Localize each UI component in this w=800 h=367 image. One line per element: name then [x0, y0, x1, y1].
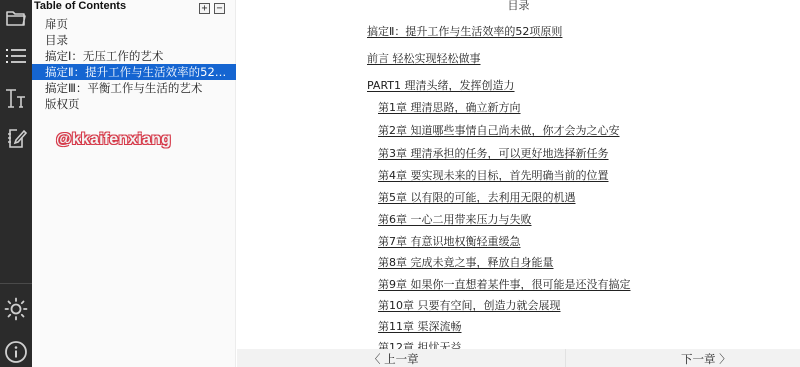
toc-link[interactable]: 第10章 只要有空间，创造力就会展现: [378, 297, 561, 313]
chapter-nav: 〈 上一章 下一章 〉: [237, 349, 800, 367]
nav-divider: [565, 349, 566, 367]
collapse-all-button[interactable]: −: [214, 3, 225, 14]
toc-item-book-3[interactable]: 搞定Ⅲ：平衡工作与生活的艺术: [32, 80, 236, 96]
reading-area: 目录 搞定Ⅱ：提升工作与生活效率的52项原则 前言 轻松实现轻松做事 PART1…: [237, 0, 800, 349]
notes-icon[interactable]: [0, 124, 32, 152]
toc-link[interactable]: 第9章 如果你一直想着某件事，很可能是还没有搞定: [378, 276, 631, 292]
info-icon[interactable]: [0, 338, 32, 366]
toc-link[interactable]: 第4章 要实现未来的目标，首先明确当前的位置: [378, 167, 609, 183]
toc-item-book-2[interactable]: 搞定Ⅱ：提升工作与生活效率的52项原则: [32, 64, 236, 80]
toc-link[interactable]: PART1 理清头绪，发挥创造力: [367, 77, 515, 93]
toc-link[interactable]: 第11章 渠深流畅: [378, 318, 462, 334]
toc-link[interactable]: 第5章 以有限的可能，去利用无限的机遇: [378, 189, 576, 205]
toc-panel: Table of Contents + − 扉页 目录 搞定Ⅰ：无压工作的艺术 …: [32, 0, 236, 367]
toc-header: Table of Contents: [34, 0, 126, 12]
toc-link[interactable]: 第1章 理清思路，确立新方向: [378, 99, 521, 115]
toc-item-contents[interactable]: 目录: [32, 32, 236, 48]
list-icon[interactable]: [0, 42, 32, 70]
toc-link[interactable]: 第8章 完成未竟之事，释放自身能量: [378, 254, 554, 270]
toc-item-book-1[interactable]: 搞定Ⅰ：无压工作的艺术: [32, 48, 236, 64]
toc-link[interactable]: 第7章 有意识地权衡轻重缓急: [378, 233, 521, 249]
toc-link[interactable]: 第2章 知道哪些事情自己尚未做，你才会为之心安: [378, 122, 620, 138]
folder-icon[interactable]: [0, 4, 32, 32]
next-chapter-button[interactable]: 下一章 〉: [681, 351, 731, 367]
toc-list: 扉页 目录 搞定Ⅰ：无压工作的艺术 搞定Ⅱ：提升工作与生活效率的52项原则 搞定…: [32, 16, 236, 112]
rail-divider: [0, 283, 32, 284]
watermark: @kkaifenxiang: [56, 131, 171, 149]
toc-item-title-page[interactable]: 扉页: [32, 16, 236, 32]
toc-link[interactable]: 搞定Ⅱ：提升工作与生活效率的52项原则: [367, 23, 562, 39]
icon-rail: [0, 0, 32, 367]
toc-item-copyright[interactable]: 版权页: [32, 96, 236, 112]
toc-link[interactable]: 第3章 理清承担的任务，可以更好地选择新任务: [378, 145, 609, 161]
page-title: 目录: [237, 0, 800, 13]
font-size-icon[interactable]: [0, 84, 32, 112]
toc-link[interactable]: 第6章 一心二用带来压力与失败: [378, 211, 532, 227]
expand-all-button[interactable]: +: [199, 3, 210, 14]
toc-link[interactable]: 前言 轻松实现轻松做事: [367, 50, 481, 66]
toc-link[interactable]: 第12章 担忧无益: [378, 339, 462, 349]
brightness-icon[interactable]: [0, 295, 32, 323]
prev-chapter-button[interactable]: 〈 上一章: [369, 351, 419, 367]
